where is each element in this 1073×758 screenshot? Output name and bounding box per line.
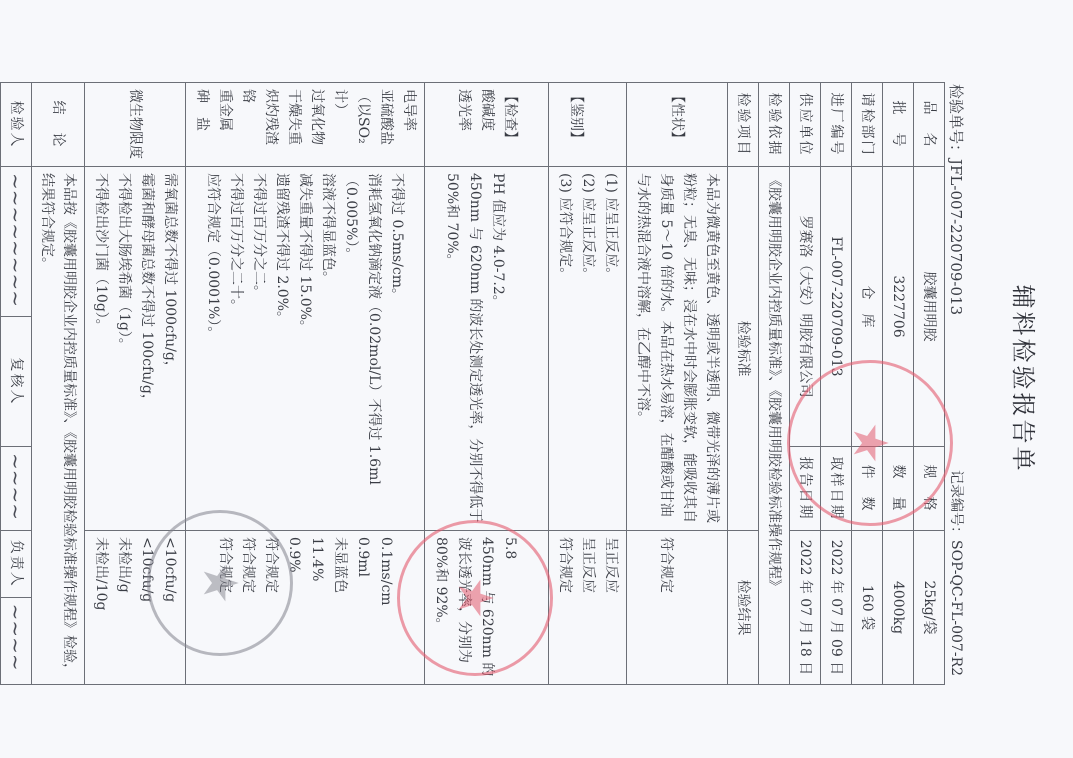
pieces: 160 袋 [852, 531, 883, 685]
record-number: 记录编号：SOP-QC-FL-007-R2 [947, 470, 967, 676]
quantity: 4000kg [883, 531, 914, 685]
responsible-signature: ~~~~ [1, 597, 31, 684]
report-date: 2022 年 07 月 18 日 [790, 531, 821, 685]
row-signatures: 检验人 ~~~~~~~~ 复核人 ~~~~ 负责人 ~~~~ [1, 83, 32, 685]
section-identification: 【鉴别】 (1) 应呈正反应。 (2) 应呈正反应。 (3) 应符合规定。 呈正… [549, 83, 627, 685]
red-stamp-bottom: ★ [397, 520, 553, 676]
reviewer-signature: ~~~~ [1, 447, 32, 531]
red-stamp-top: ★ [787, 360, 953, 526]
inspector-signature: ~~~~~~~~ [1, 167, 32, 317]
row-basis: 检验依据 《胶囊用明胶企业内控质量标准》、《胶囊用明胶检验标准操作规程》 [759, 83, 790, 685]
row-column-headers: 检验项目 检验标准 检验结果 [728, 83, 759, 685]
sample-date: 2022 年 07 月 09 日 [821, 531, 852, 685]
inspection-number: 检验单号：JFL-007-220709-013 [946, 84, 967, 315]
gray-stamp: ★ [147, 510, 293, 656]
conclusion-text: 本品按《胶囊用明胶企业内控质量标准》、《胶囊用明胶检验标准操作规程》检验，结果符… [32, 167, 85, 685]
report-title: 辅料检验报告单 [1008, 0, 1043, 758]
row-conclusion: 结 论 本品按《胶囊用明胶企业内控质量标准》、《胶囊用明胶检验标准操作规程》检验… [32, 83, 85, 685]
section-appearance: 【性状】 本品为微黄色至黄色、透明或半透明、微带光泽的薄片或粉粒；无臭、无味；浸… [627, 83, 728, 685]
scanned-page: 辅料检验报告单 检验单号：JFL-007-220709-013 记录编号：SOP… [0, 0, 1073, 758]
report-sheet: 辅料检验报告单 检验单号：JFL-007-220709-013 记录编号：SOP… [0, 0, 1073, 758]
spec: 25kg/袋 [914, 531, 945, 685]
basis: 《胶囊用明胶企业内控质量标准》、《胶囊用明胶检验标准操作规程》 [759, 167, 790, 685]
